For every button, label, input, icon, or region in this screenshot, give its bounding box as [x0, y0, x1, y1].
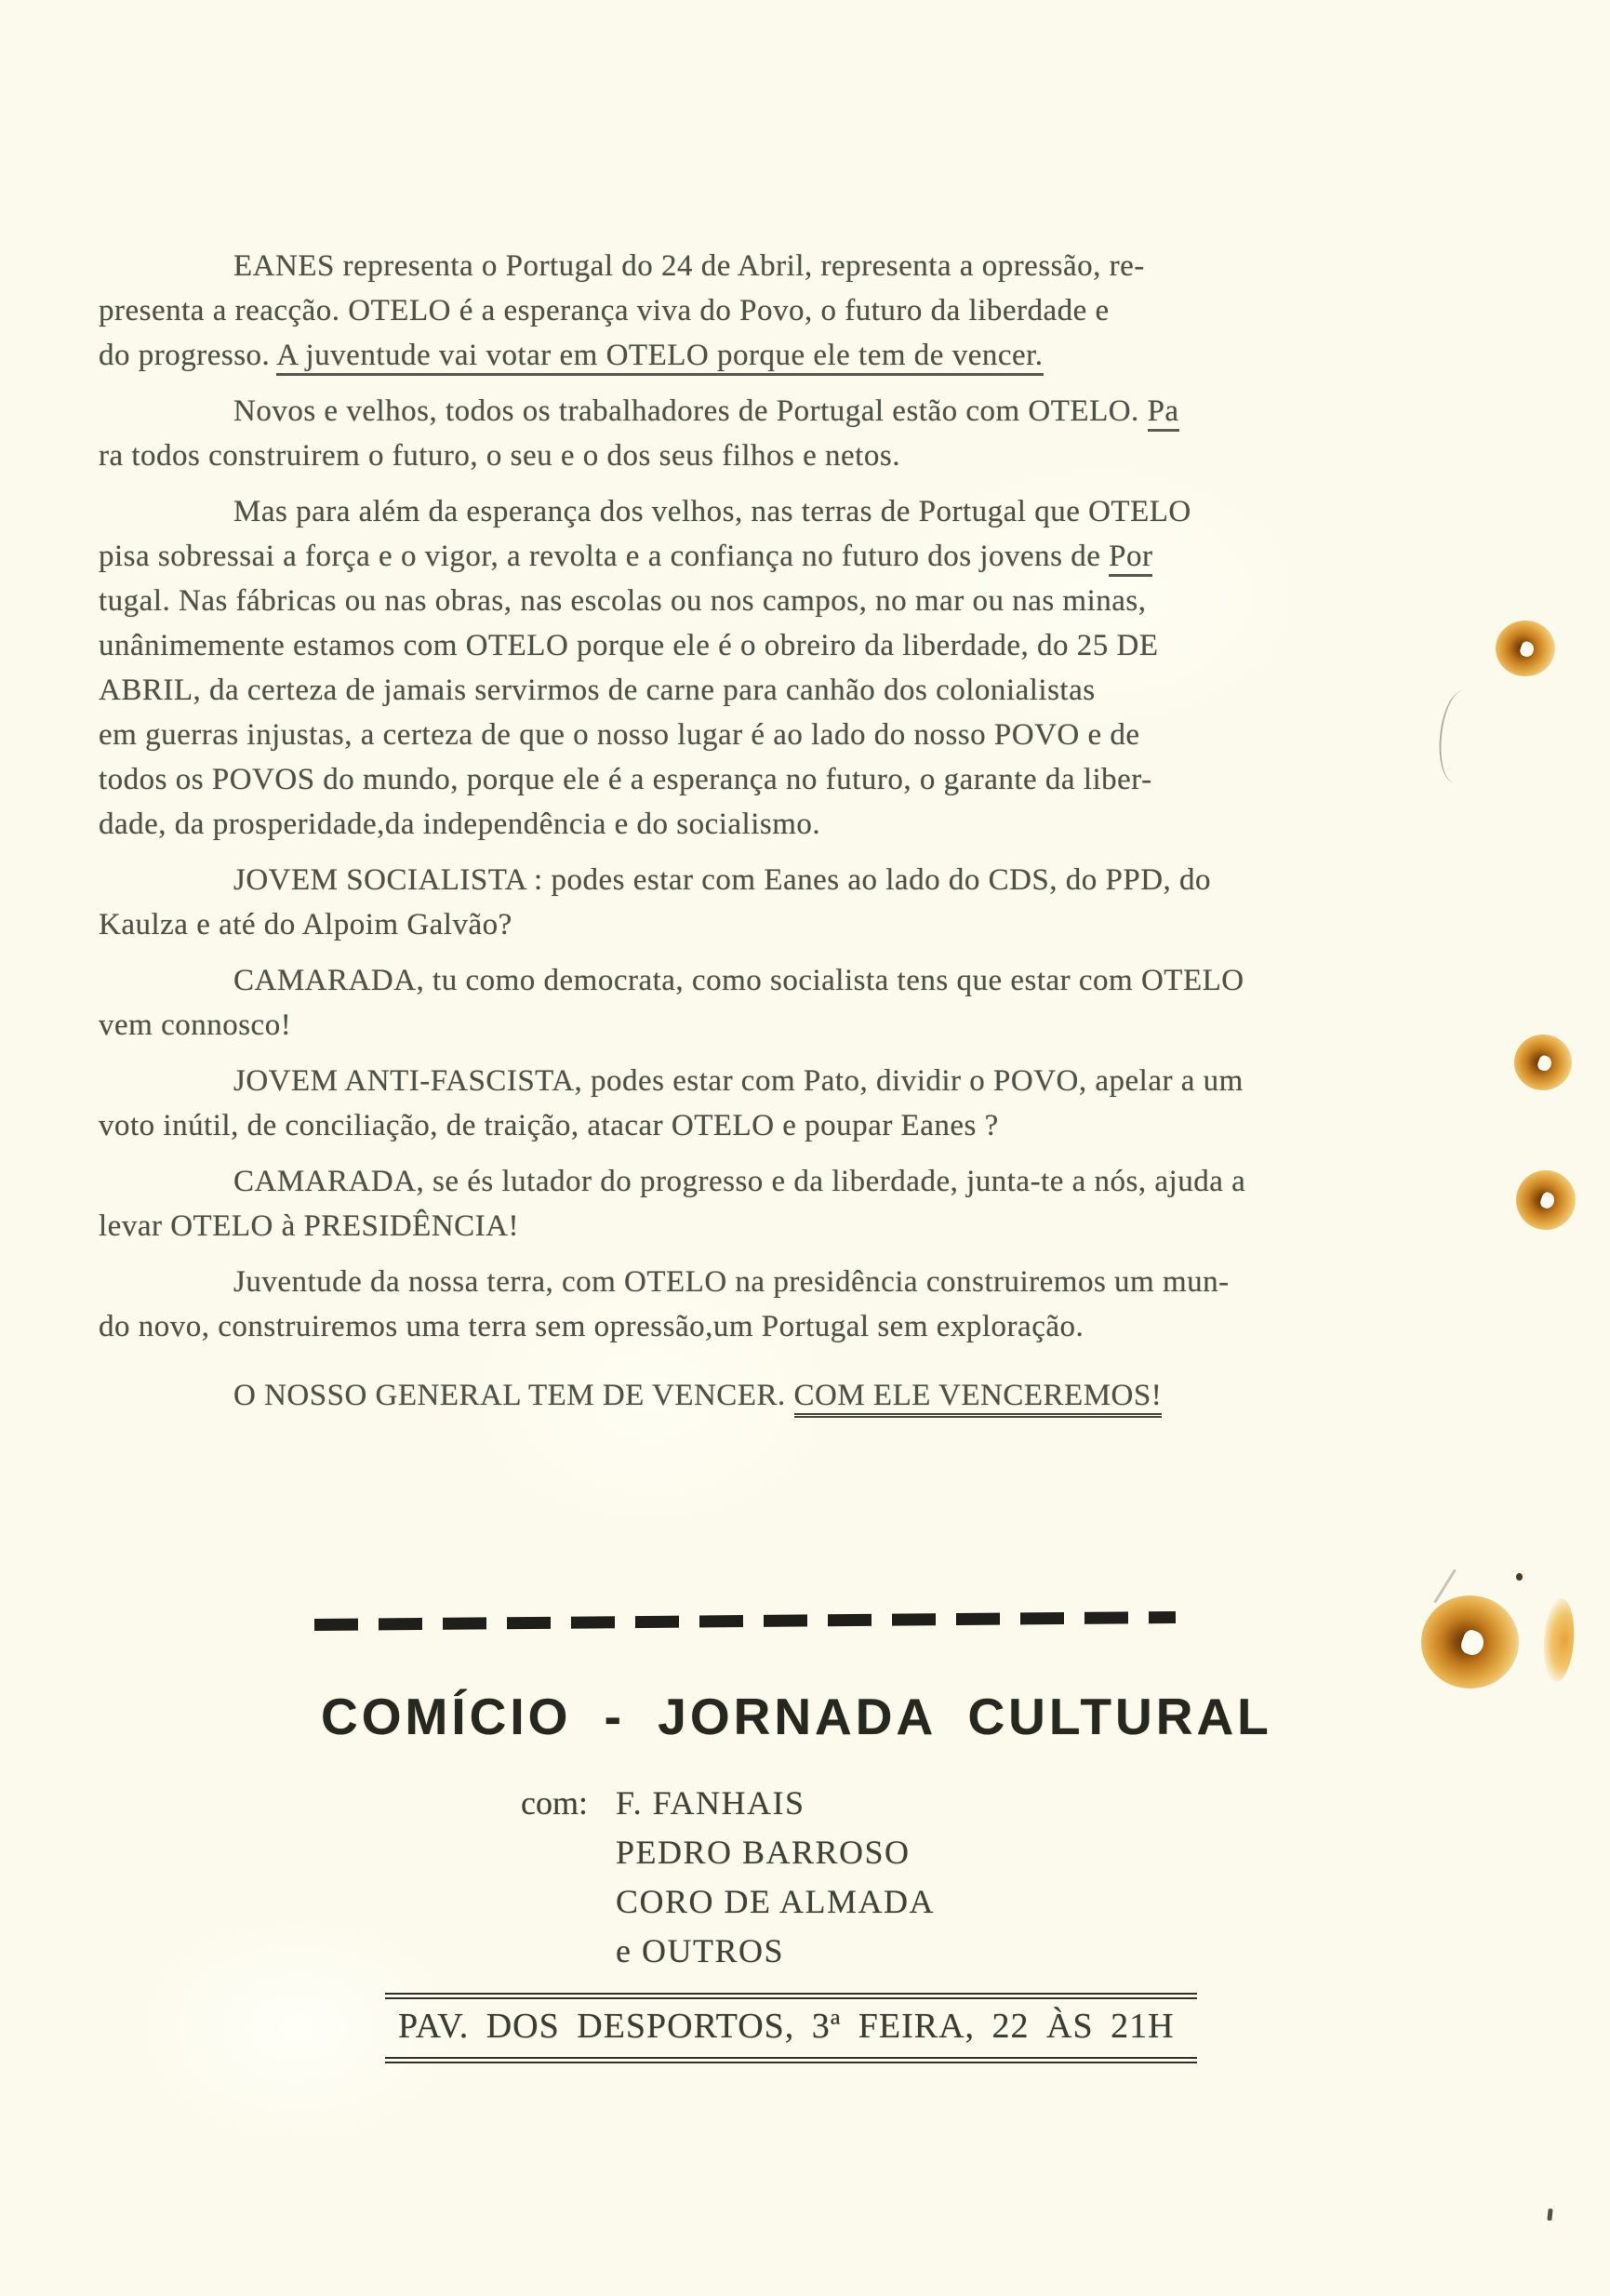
document-page: EANES representa o Portugal do 24 de Abr…	[0, 0, 1610, 2296]
paragraph: Mas para além da esperança dos velhos, n…	[99, 489, 1375, 847]
text-run: Novos e velhos, todos os trabalhadores d…	[233, 394, 1148, 428]
section-divider-dashed-rule	[314, 1611, 1176, 1631]
paragraph: Juventude da nossa terra, com OTELO na p…	[99, 1260, 1375, 1349]
rust-stain	[1496, 621, 1555, 676]
text-run: levar OTELO à PRESIDÊNCIA!	[99, 1209, 519, 1243]
text-line: CAMARADA, tu como democrata, como social…	[99, 958, 1375, 1003]
performer-name: F. FANHAIS	[616, 1779, 935, 1828]
paragraph: CAMARADA, se és lutador do progresso e d…	[99, 1159, 1375, 1248]
text-run: O NOSSO GENERAL TEM DE VENCER.	[233, 1379, 794, 1412]
text-run: Kaulza e até do Alpoim Galvão?	[99, 908, 512, 941]
text-line: O NOSSO GENERAL TEM DE VENCER. COM ELE V…	[99, 1373, 1375, 1418]
text-line: Kaulza e até do Alpoim Galvão?	[99, 902, 1375, 947]
text-line: em guerras injustas, a certeza de que o …	[99, 713, 1375, 757]
text-line: EANES representa o Portugal do 24 de Abr…	[99, 244, 1375, 288]
paragraph: EANES representa o Portugal do 24 de Abr…	[99, 244, 1375, 378]
text-run: voto inútil, de conciliação, de traição,…	[99, 1109, 999, 1142]
text-line: todos os POVOS do mundo, porque ele é a …	[99, 757, 1375, 802]
text-line: pisa sobressai a força e o vigor, a revo…	[99, 534, 1375, 579]
ink-speck	[1547, 2209, 1552, 2221]
text-run: ABRIL, da certeza de jamais servirmos de…	[99, 674, 1096, 707]
text-run: ra todos construirem o futuro, o seu e o…	[99, 439, 900, 473]
paragraph: JOVEM SOCIALISTA : podes estar com Eanes…	[99, 858, 1375, 947]
text-run: EANES representa o Portugal do 24 de Abr…	[233, 249, 1145, 283]
performer-names: F. FANHAIS PEDRO BARROSO CORO DE ALMADA …	[616, 1779, 935, 1976]
text-line: dade, da prosperidade,da independência e…	[99, 802, 1375, 847]
text-line: presenta a reacção. OTELO é a esperança …	[99, 288, 1375, 333]
text-line: unânimemente estamos com OTELO porque el…	[99, 623, 1375, 668]
text-run: vem connosco!	[99, 1008, 291, 1042]
paragraph: CAMARADA, tu como democrata, como social…	[99, 958, 1375, 1048]
performer-name: CORO DE ALMADA	[616, 1877, 935, 1927]
performer-name: PEDRO BARROSO	[616, 1828, 935, 1877]
text-run: CAMARADA, tu como democrata, como social…	[233, 964, 1244, 997]
text-line: levar OTELO à PRESIDÊNCIA!	[99, 1204, 1375, 1248]
text-line: vem connosco!	[99, 1003, 1375, 1048]
text-run: unânimemente estamos com OTELO porque el…	[99, 629, 1158, 662]
slogan-line: O NOSSO GENERAL TEM DE VENCER. COM ELE V…	[99, 1373, 1375, 1418]
text-line: Juventude da nossa terra, com OTELO na p…	[99, 1260, 1375, 1304]
text-run: pisa sobressai a força e o vigor, a revo…	[99, 540, 1109, 573]
text-run: do progresso.	[99, 339, 276, 372]
text-line: do novo, construiremos uma terra sem opr…	[99, 1304, 1375, 1349]
text-run: JOVEM ANTI-FASCISTA, podes estar com Pat…	[233, 1064, 1244, 1098]
text-run: presenta a reacção. OTELO é a esperança …	[99, 294, 1110, 327]
text-run: JOVEM SOCIALISTA : podes estar com Eanes…	[233, 863, 1211, 897]
ink-speck	[1516, 1573, 1523, 1581]
with-label: com:	[521, 1779, 588, 1828]
text-run: dade, da prosperidade,da independência e…	[99, 808, 820, 841]
text-line: ra todos construirem o futuro, o seu e o…	[99, 434, 1375, 478]
underlined-text-run: A juventude vai votar em OTELO porque el…	[276, 339, 1043, 376]
text-line: ABRIL, da certeza de jamais servirmos de…	[99, 668, 1375, 713]
text-line: do progresso. A juventude vai votar em O…	[99, 333, 1375, 378]
text-line: Mas para além da esperança dos velhos, n…	[99, 489, 1375, 534]
text-run: CAMARADA, se és lutador do progresso e d…	[233, 1165, 1245, 1198]
text-line: JOVEM ANTI-FASCISTA, podes estar com Pat…	[99, 1059, 1375, 1103]
paragraph: JOVEM ANTI-FASCISTA, podes estar com Pat…	[99, 1059, 1375, 1148]
performer-name: e OUTROS	[616, 1927, 935, 1976]
body-text: EANES representa o Portugal do 24 de Abr…	[99, 244, 1375, 1429]
text-run: Juventude da nossa terra, com OTELO na p…	[233, 1265, 1230, 1299]
text-line: voto inútil, de conciliação, de traição,…	[99, 1103, 1375, 1148]
underlined-text-run: COM ELE VENCEREMOS!	[794, 1379, 1163, 1418]
text-run: Mas para além da esperança dos velhos, n…	[233, 495, 1191, 528]
rust-stain	[1514, 1035, 1572, 1090]
text-run: todos os POVOS do mundo, porque ele é a …	[99, 763, 1152, 796]
text-run: em guerras injustas, a certeza de que o …	[99, 718, 1140, 752]
rust-stain-faint	[1541, 1597, 1577, 1683]
text-line: tugal. Nas fábricas ou nas obras, nas es…	[99, 579, 1375, 623]
text-run: tugal. Nas fábricas ou nas obras, nas es…	[99, 584, 1147, 618]
text-line: CAMARADA, se és lutador do progresso e d…	[99, 1159, 1375, 1204]
pencil-mark	[1435, 688, 1484, 785]
underlined-text-run: Por	[1109, 540, 1152, 577]
rust-stain	[1516, 1170, 1576, 1230]
venue-banner: PAV. DOS DESPORTOS, 3ª FEIRA, 22 ÀS 21H	[385, 1993, 1197, 2063]
text-run: do novo, construiremos uma terra sem opr…	[99, 1310, 1084, 1343]
text-line: JOVEM SOCIALISTA : podes estar com Eanes…	[99, 858, 1375, 902]
underlined-text-run: Pa	[1148, 394, 1179, 432]
rust-stain	[1421, 1595, 1519, 1689]
text-line: Novos e velhos, todos os trabalhadores d…	[99, 389, 1375, 434]
paragraph: Novos e velhos, todos os trabalhadores d…	[99, 389, 1375, 478]
event-heading: COMÍCIO - JORNADA CULTURAL	[321, 1687, 1297, 1746]
performer-list: com: F. FANHAIS PEDRO BARROSO CORO DE AL…	[521, 1779, 935, 1976]
